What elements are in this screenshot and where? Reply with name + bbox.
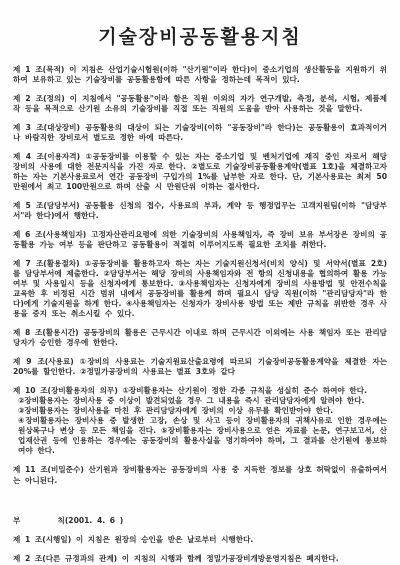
document-page: 기술장비공동활용지침 제 1 조(목적) 이 지침은 산업기술시험원(이하 "산… [0, 0, 400, 565]
addendum-article-2: 제 2 조(다른 규정과의 관계) 이 지침의 시행과 함께 정밀가공장비개방운… [13, 554, 387, 564]
article-6: 제 6 조(사용책임자) 고정자산관리요령에 의한 기술장비의 사용책임자, 즉… [13, 230, 387, 250]
article-10-main: 제 10 조(장비활용자의 의무) ①장비활용자는 산기원이 정한 각종 규칙을… [13, 386, 387, 396]
article-10-item-4: ④장비활용자는 장비사용 중 발생한 고장, 손상 및 사고 등이 장비활용자의… [13, 416, 387, 456]
article-10-item-3: ③장비활용자는 장비사용을 마친 후 관리담당자에게 장비의 이상 유무를 확인… [13, 406, 387, 416]
article-10-item-2: ②장비활용자는 장비사용 중 이상이 발견되었을 경우 그 내용을 즉시 관리담… [13, 396, 387, 406]
article-3: 제 3 조(대상장비) 공동활용의 대상이 되는 기술장비(이하 "공동장비"라… [13, 123, 387, 143]
article-11: 제 11 조(비밀준수) 산기원과 장비활용자는 공동장비의 사용 중 지득한 … [13, 465, 387, 485]
article-8: 제 8 조(활용시간) 공동장비의 활용은 근무시간 이내로 하며 근무시간 이… [13, 328, 387, 348]
addendum-section: 부 칙(2001. 4. 6 ) 제 1 조(시행일) 이 지침은 원장의 승인… [13, 516, 387, 564]
article-7: 제 7 조(활용절차) ①공동장비를 활용하고자 하는 자는 기술지원신청서(비… [13, 259, 387, 319]
addendum-heading: 부 칙(2001. 4. 6 ) [13, 516, 387, 526]
document-title: 기술장비공동활용지침 [13, 22, 387, 49]
article-2: 제 2 조(정의) 이 지침에서 "공동활용"이라 함은 직원 이외의 자가 연… [13, 94, 387, 114]
article-5: 제 5 조(담당부서) 공동활용 신청의 접수, 사용료의 부과, 계약 등 행… [13, 201, 387, 221]
article-1: 제 1 조(목적) 이 지침은 산업기술시험원(이하 "산기원"이라 한다)이 … [13, 65, 387, 85]
addendum-article-1: 제 1 조(시행일) 이 지침은 원장의 승인을 받은 날로부터 시행한다. [13, 535, 387, 545]
article-4: 제 4 조(이용자격) ①공동장비를 이용할 수 있는 자는 중소기업 및 벤처… [13, 152, 387, 192]
article-9: 제 9 조(사용료) ①장비의 사용료는 기술지원료산출요령에 따르되 기술장비… [13, 357, 387, 377]
article-10: 제 10 조(장비활용자의 의무) ①장비활용자는 산기원이 정한 각종 규칙을… [13, 386, 387, 456]
